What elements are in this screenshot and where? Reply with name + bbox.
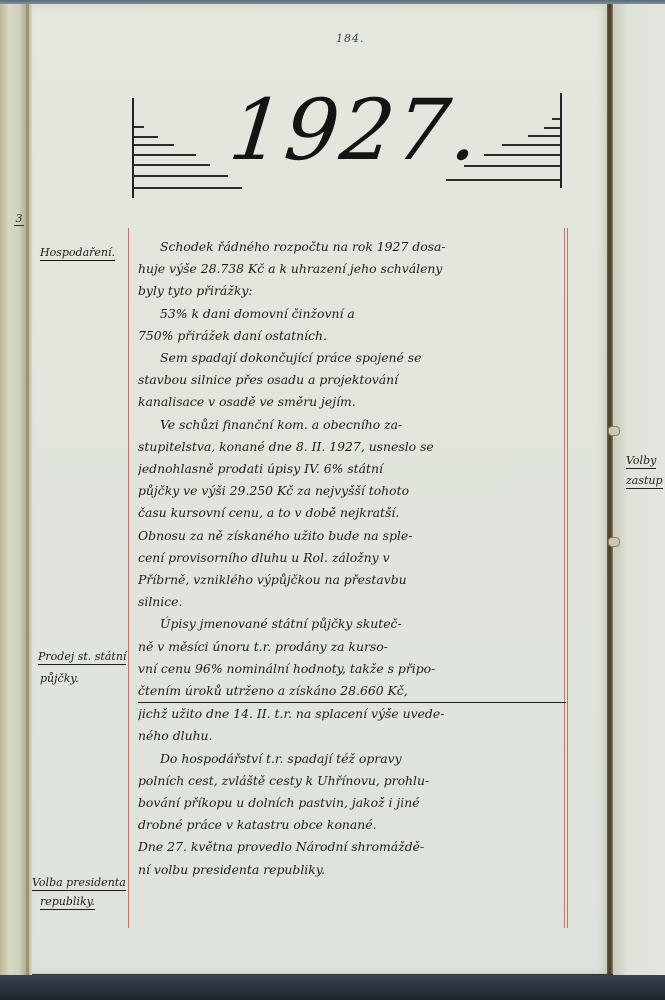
title-ornament-right bbox=[444, 93, 562, 188]
body-line: 750% přirážek daní ostatních. bbox=[138, 325, 566, 347]
body-line: Schodek řádného rozpočtu na rok 1927 dos… bbox=[138, 236, 566, 258]
body-line: drobné práce v katastru obce konané. bbox=[138, 814, 566, 836]
margin-heading-volba-line1: Volba presidenta bbox=[32, 876, 126, 891]
body-line: Do hospodářství t.r. spadají též opravy bbox=[138, 748, 566, 770]
margin-heading-volba-line2: republiky. bbox=[40, 895, 95, 910]
margin-heading-hospodareni: Hospodaření. bbox=[40, 246, 115, 261]
margin-heading-prodej-line2: půjčky. bbox=[40, 672, 79, 686]
body-line: Sem spadají dokončující práce spojené se bbox=[138, 347, 566, 369]
body-line: cení provisorního dluhu u Rol. záložny v bbox=[138, 547, 566, 569]
body-line: jednohlasně prodati úpisy IV. 6% státní bbox=[138, 458, 566, 480]
body-line: půjčky ve výši 29.250 Kč za nejvyšší toh… bbox=[138, 480, 566, 502]
body-line: polních cest, zvláště cesty k Uhřínovu, … bbox=[138, 770, 566, 792]
body-line: vní cenu 96% nominální hodnoty, takže s … bbox=[138, 658, 566, 680]
body-line: bování příkopu u dolních pastvin, jakož … bbox=[138, 792, 566, 814]
margin-rule-right-2 bbox=[567, 228, 568, 928]
body-line-proceeds: čtením úroků utrženo a získáno 28.660 Kč… bbox=[138, 680, 566, 703]
left-edge-mark: 3 bbox=[14, 213, 24, 226]
body-line: stavbou silnice přes osadu a projektován… bbox=[138, 369, 566, 391]
body-line: času kursovní cenu, a to v době nejkratš… bbox=[138, 502, 566, 524]
body-line: huje výše 28.738 Kč a k uhrazení jeho sc… bbox=[138, 258, 566, 280]
scan-bottom-edge bbox=[0, 975, 665, 1000]
margin-heading-prodej-line1: Prodej st. státní bbox=[38, 650, 126, 665]
body-line: ného dluhu. bbox=[138, 725, 566, 747]
next-page-heading-line2: zastup bbox=[626, 474, 663, 489]
body-line: jichž užito dne 14. II. t.r. na splacení… bbox=[138, 703, 566, 725]
body-line: Úpisy jmenované státní půjčky skuteč- bbox=[138, 613, 566, 635]
body-line: Obnosu za ně získaného užito bude na spl… bbox=[138, 525, 566, 547]
binding-stitch-icon bbox=[608, 537, 620, 547]
adjacent-page bbox=[613, 4, 665, 976]
next-page-heading-line1: Volby bbox=[626, 454, 656, 469]
body-line: silnice. bbox=[138, 591, 566, 613]
body-line: stupitelstva, konané dne 8. II. 1927, us… bbox=[138, 436, 566, 458]
binding-stitch-icon bbox=[608, 426, 620, 436]
chronicle-body: Schodek řádného rozpočtu na rok 1927 dos… bbox=[138, 236, 566, 881]
body-line: Dne 27. května provedlo Národní shromážd… bbox=[138, 836, 566, 858]
page-stack-left bbox=[0, 4, 32, 979]
body-line: byly tyto přirážky: bbox=[138, 280, 566, 302]
margin-rule-left bbox=[128, 228, 129, 928]
body-line: kanalisace v osadě ve směru jejím. bbox=[138, 391, 566, 413]
body-line: 53% k dani domovní činžovní a bbox=[138, 303, 566, 325]
body-line: ní volbu presidenta republiky. bbox=[138, 859, 566, 881]
body-line: Příbrně, vzniklého výpůjčkou na přestavb… bbox=[138, 569, 566, 591]
page-number: 184. bbox=[336, 32, 365, 45]
body-line: Ve schůzi finanční kom. a obecního za- bbox=[138, 414, 566, 436]
body-line: ně v měsíci únoru t.r. prodány za kurso- bbox=[138, 636, 566, 658]
